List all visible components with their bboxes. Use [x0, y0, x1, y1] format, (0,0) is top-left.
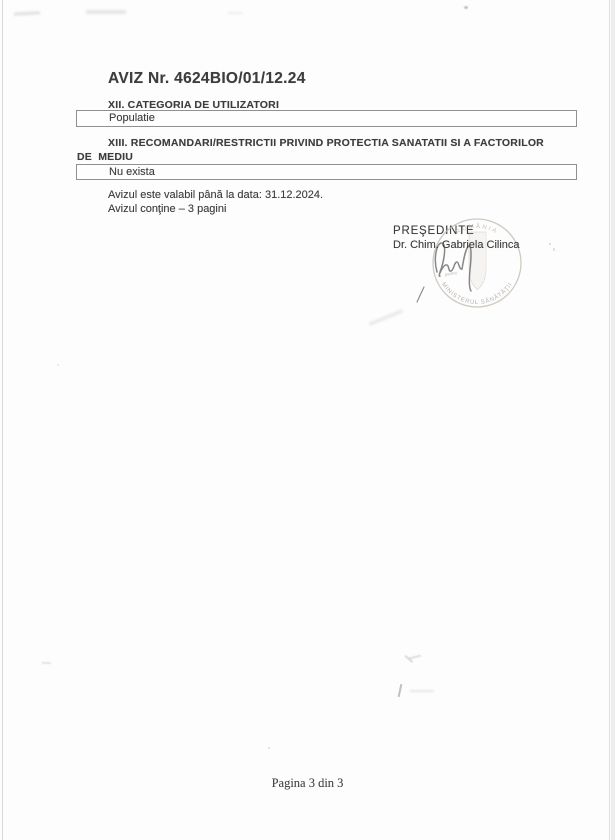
scan-smudge [42, 662, 51, 664]
scan-edge-right [611, 0, 615, 840]
scan-smudge [86, 10, 126, 14]
round-stamp: ROMÂNIA MINISTERUL SĂNĂTĂŢII pentru [433, 219, 521, 307]
ministry-stamp-and-signature: ROMÂNIA MINISTERUL SĂNĂTĂŢII pentru [405, 212, 545, 324]
page-footer: Pagina 3 din 3 [0, 776, 615, 791]
validity-line: Avizul este valabil până la data: 31.12.… [108, 189, 323, 201]
scan-smudge [228, 12, 242, 14]
scan-edge-left [2, 0, 3, 840]
scan-speck [464, 6, 468, 9]
president-name: Dr. Chim. Gabriela Cilinca [393, 239, 520, 251]
section-13-heading-line1: XIII. RECOMANDARI/RESTRICTII PRIVIND PRO… [108, 137, 544, 149]
scan-smudge [369, 309, 404, 325]
scan-edge-right-line [609, 0, 610, 840]
section-12-value-box: Populatie [76, 110, 577, 127]
scan-speck [268, 747, 270, 749]
scan-speck [57, 364, 59, 366]
document-title: AVIZ Nr. 4624BIO/01/12.24 [108, 70, 306, 88]
section-13-value: Nu exista [109, 166, 155, 178]
scan-mark [398, 684, 403, 697]
scan-smudge [410, 690, 434, 692]
page-count-line: Avizul conţine – 3 pagini [108, 203, 226, 215]
scan-mark [409, 655, 421, 659]
scan-speck [549, 243, 551, 245]
pen-slash-mark [417, 287, 424, 302]
section-12-value: Populatie [109, 112, 155, 124]
section-13-value-box: Nu exista [76, 164, 577, 180]
scan-smudge [14, 11, 40, 15]
scanned-document-page: AVIZ Nr. 4624BIO/01/12.24 XII. CATEGORIA… [0, 0, 615, 840]
scan-mark [405, 655, 414, 663]
section-13-heading-line2: DE MEDIU [77, 151, 133, 163]
scan-speck [553, 248, 555, 251]
